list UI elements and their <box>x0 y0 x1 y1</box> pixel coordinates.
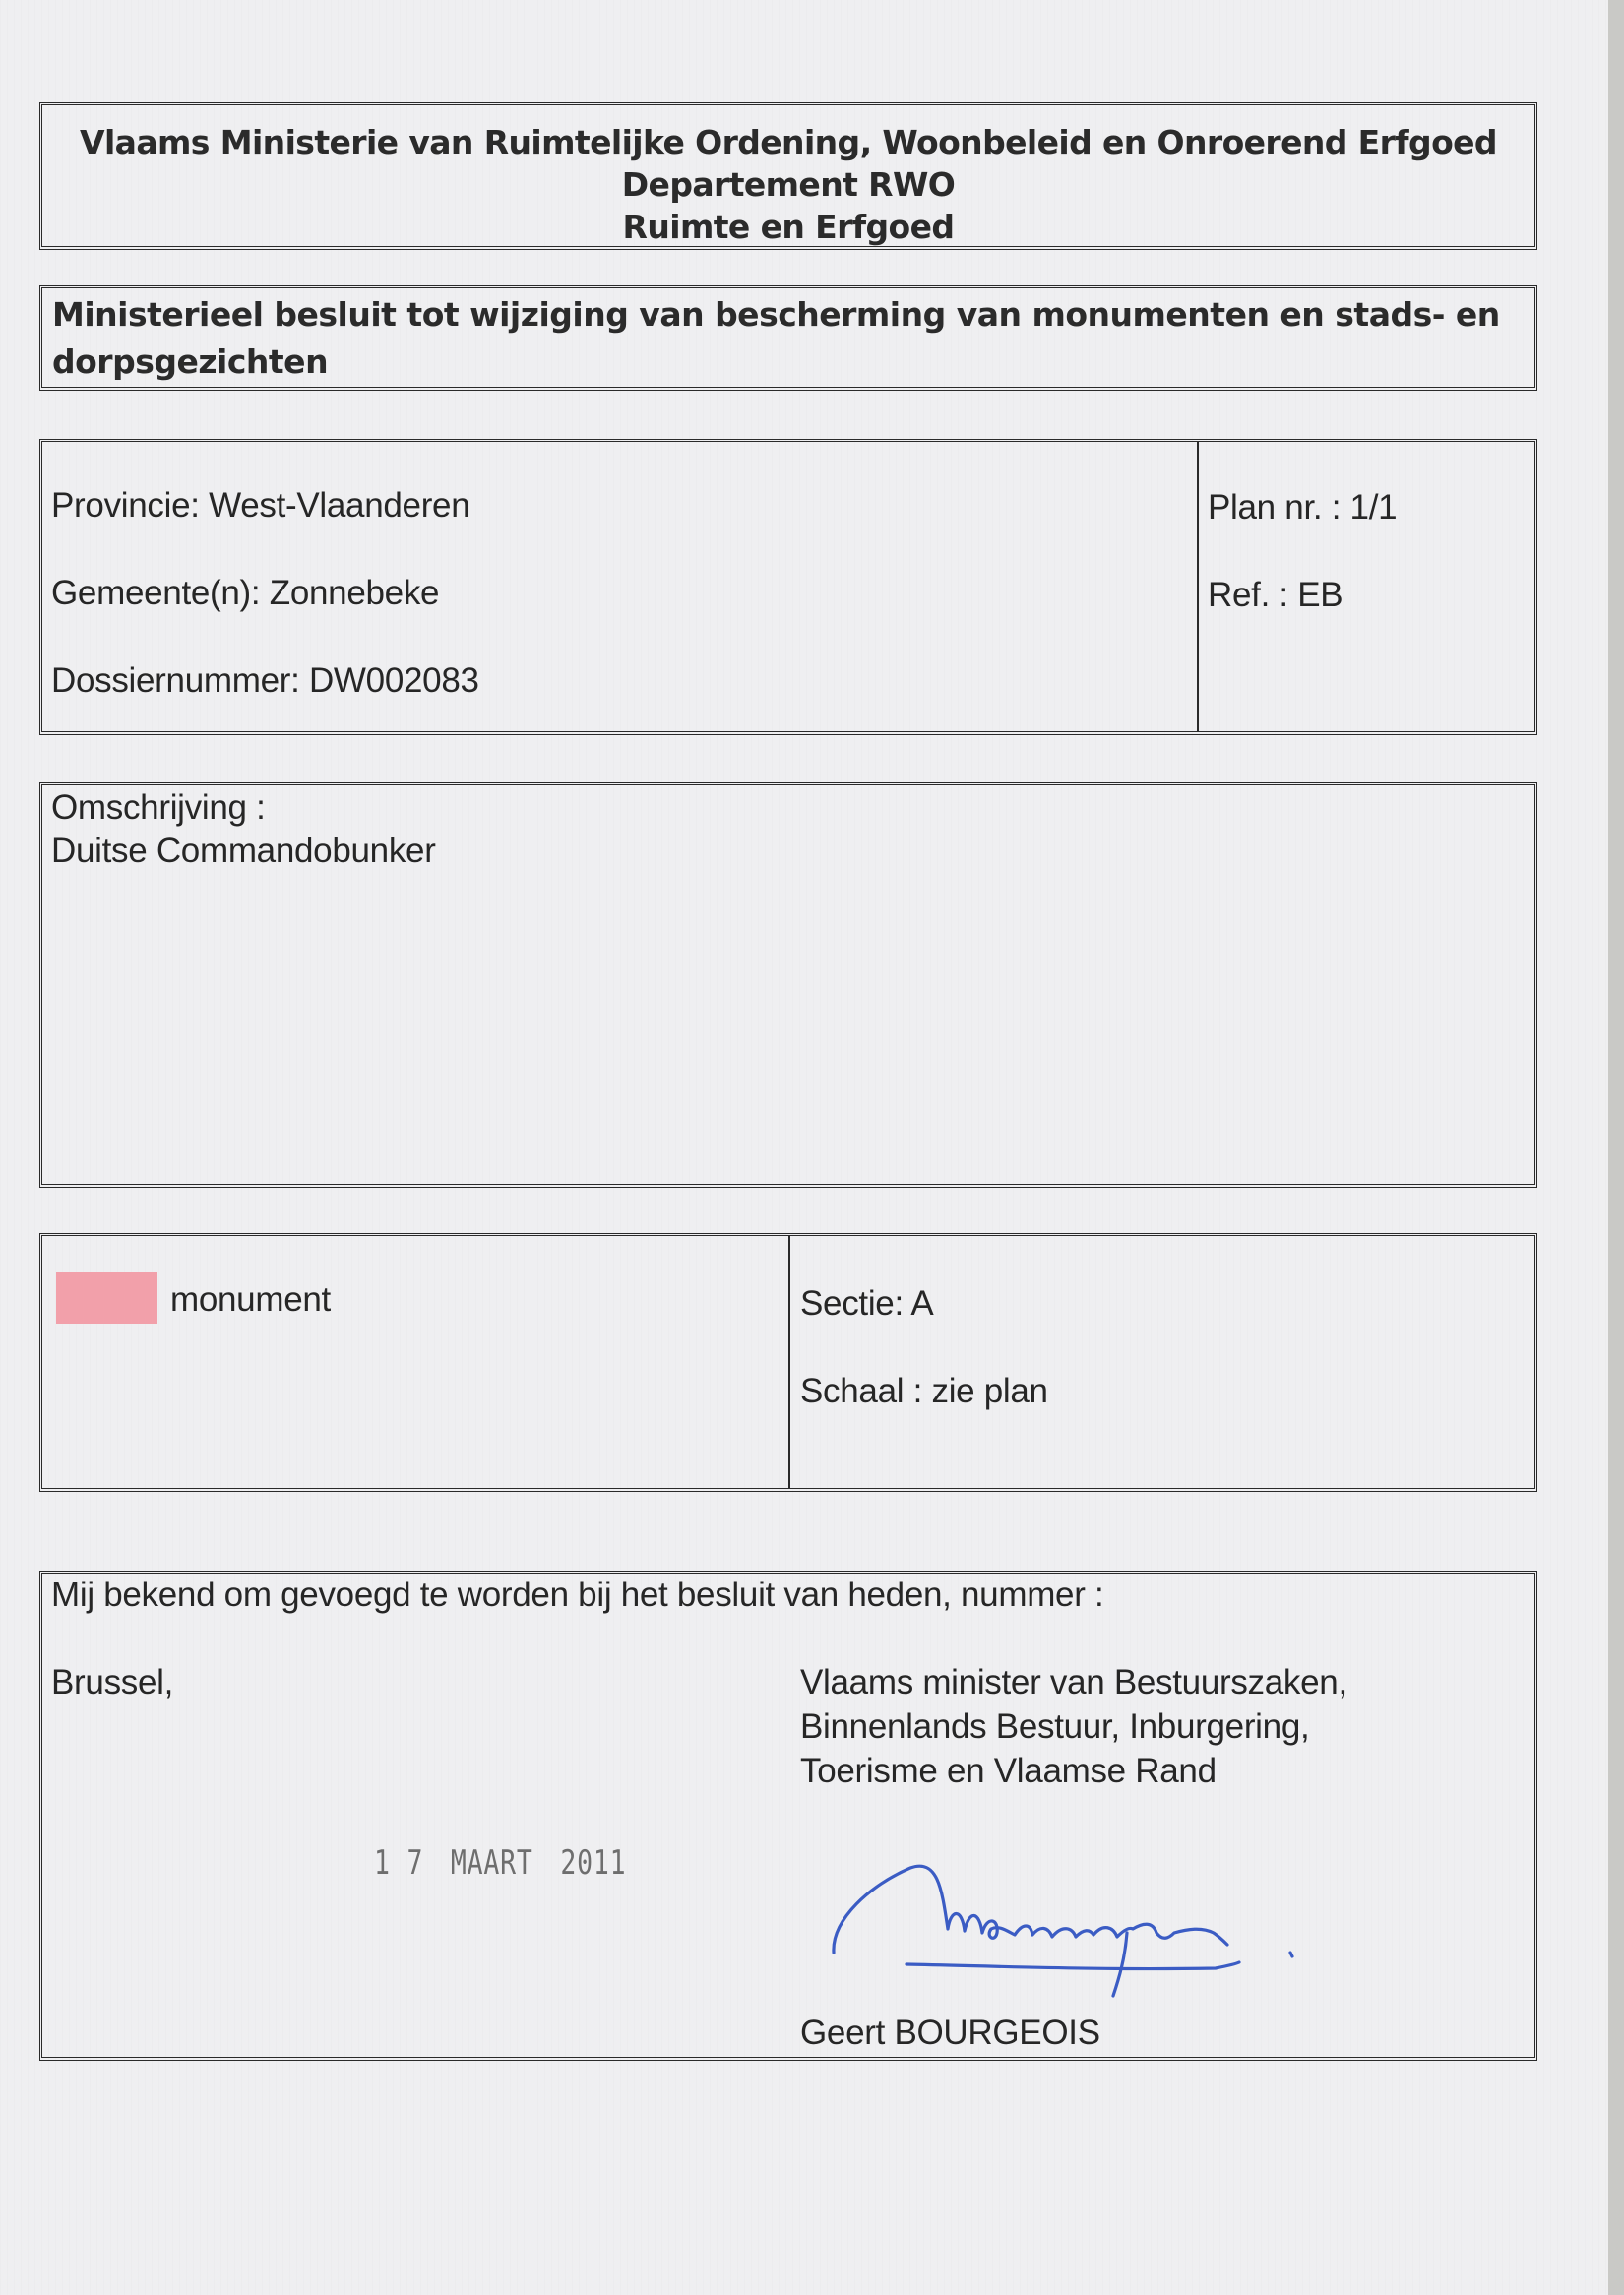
legend-box: monument Sectie: A Schaal : zie plan <box>39 1233 1537 1492</box>
attachment-statement: Mij bekend om gevoegd te worden bij het … <box>51 1576 1103 1615</box>
minister-title-line3: Toerisme en Vlaamse Rand <box>800 1752 1217 1791</box>
stamp-day: 1 7 <box>374 1843 423 1883</box>
handwritten-signature <box>822 1850 1334 2008</box>
column-divider <box>1197 442 1199 731</box>
scale-field: Schaal : zie plan <box>800 1372 1048 1411</box>
province-field: Provincie: West-Vlaanderen <box>51 486 469 526</box>
ministry-name: Vlaams Ministerie van Ruimtelijke Ordeni… <box>42 121 1534 163</box>
minister-title-line1: Vlaams minister van Bestuurszaken, <box>800 1663 1347 1703</box>
minister-name: Geert BOURGEOIS <box>800 2014 1100 2053</box>
column-divider <box>788 1236 790 1488</box>
stamp-year: 2011 <box>560 1843 626 1883</box>
section-field: Sectie: A <box>800 1284 933 1324</box>
minister-title-line2: Binnenlands Bestuur, Inburgering, <box>800 1707 1309 1747</box>
dossier-number-field: Dossiernummer: DW002083 <box>51 661 479 701</box>
plan-number-field: Plan nr. : 1/1 <box>1208 488 1397 527</box>
date-stamp: 1 7 MAART 2011 <box>374 1843 626 1883</box>
monument-color-swatch <box>56 1272 157 1324</box>
municipality-field: Gemeente(n): Zonnebeke <box>51 574 439 613</box>
reference-field: Ref. : EB <box>1208 576 1343 615</box>
description-label: Omschrijving : <box>51 788 266 828</box>
department-name: Departement RWO <box>42 163 1534 206</box>
decree-title-line2: dorpsgezichten <box>52 341 1534 383</box>
division-name: Ruimte en Erfgoed <box>42 206 1534 248</box>
place-field: Brussel, <box>51 1663 173 1703</box>
location-info-box: Provincie: West-Vlaanderen Gemeente(n): … <box>39 439 1537 735</box>
swatch-label: monument <box>170 1280 331 1320</box>
ministry-header: Vlaams Ministerie van Ruimtelijke Ordeni… <box>39 102 1537 250</box>
description-value: Duitse Commandobunker <box>51 832 436 871</box>
description-box: Omschrijving : Duitse Commandobunker <box>39 782 1537 1188</box>
document-page: Vlaams Ministerie van Ruimtelijke Ordeni… <box>0 0 1608 2295</box>
decree-title-box: Ministerieel besluit tot wijziging van b… <box>39 285 1537 391</box>
decree-title-line1: Ministerieel besluit tot wijziging van b… <box>52 293 1534 336</box>
stamp-month: MAART <box>451 1843 533 1883</box>
